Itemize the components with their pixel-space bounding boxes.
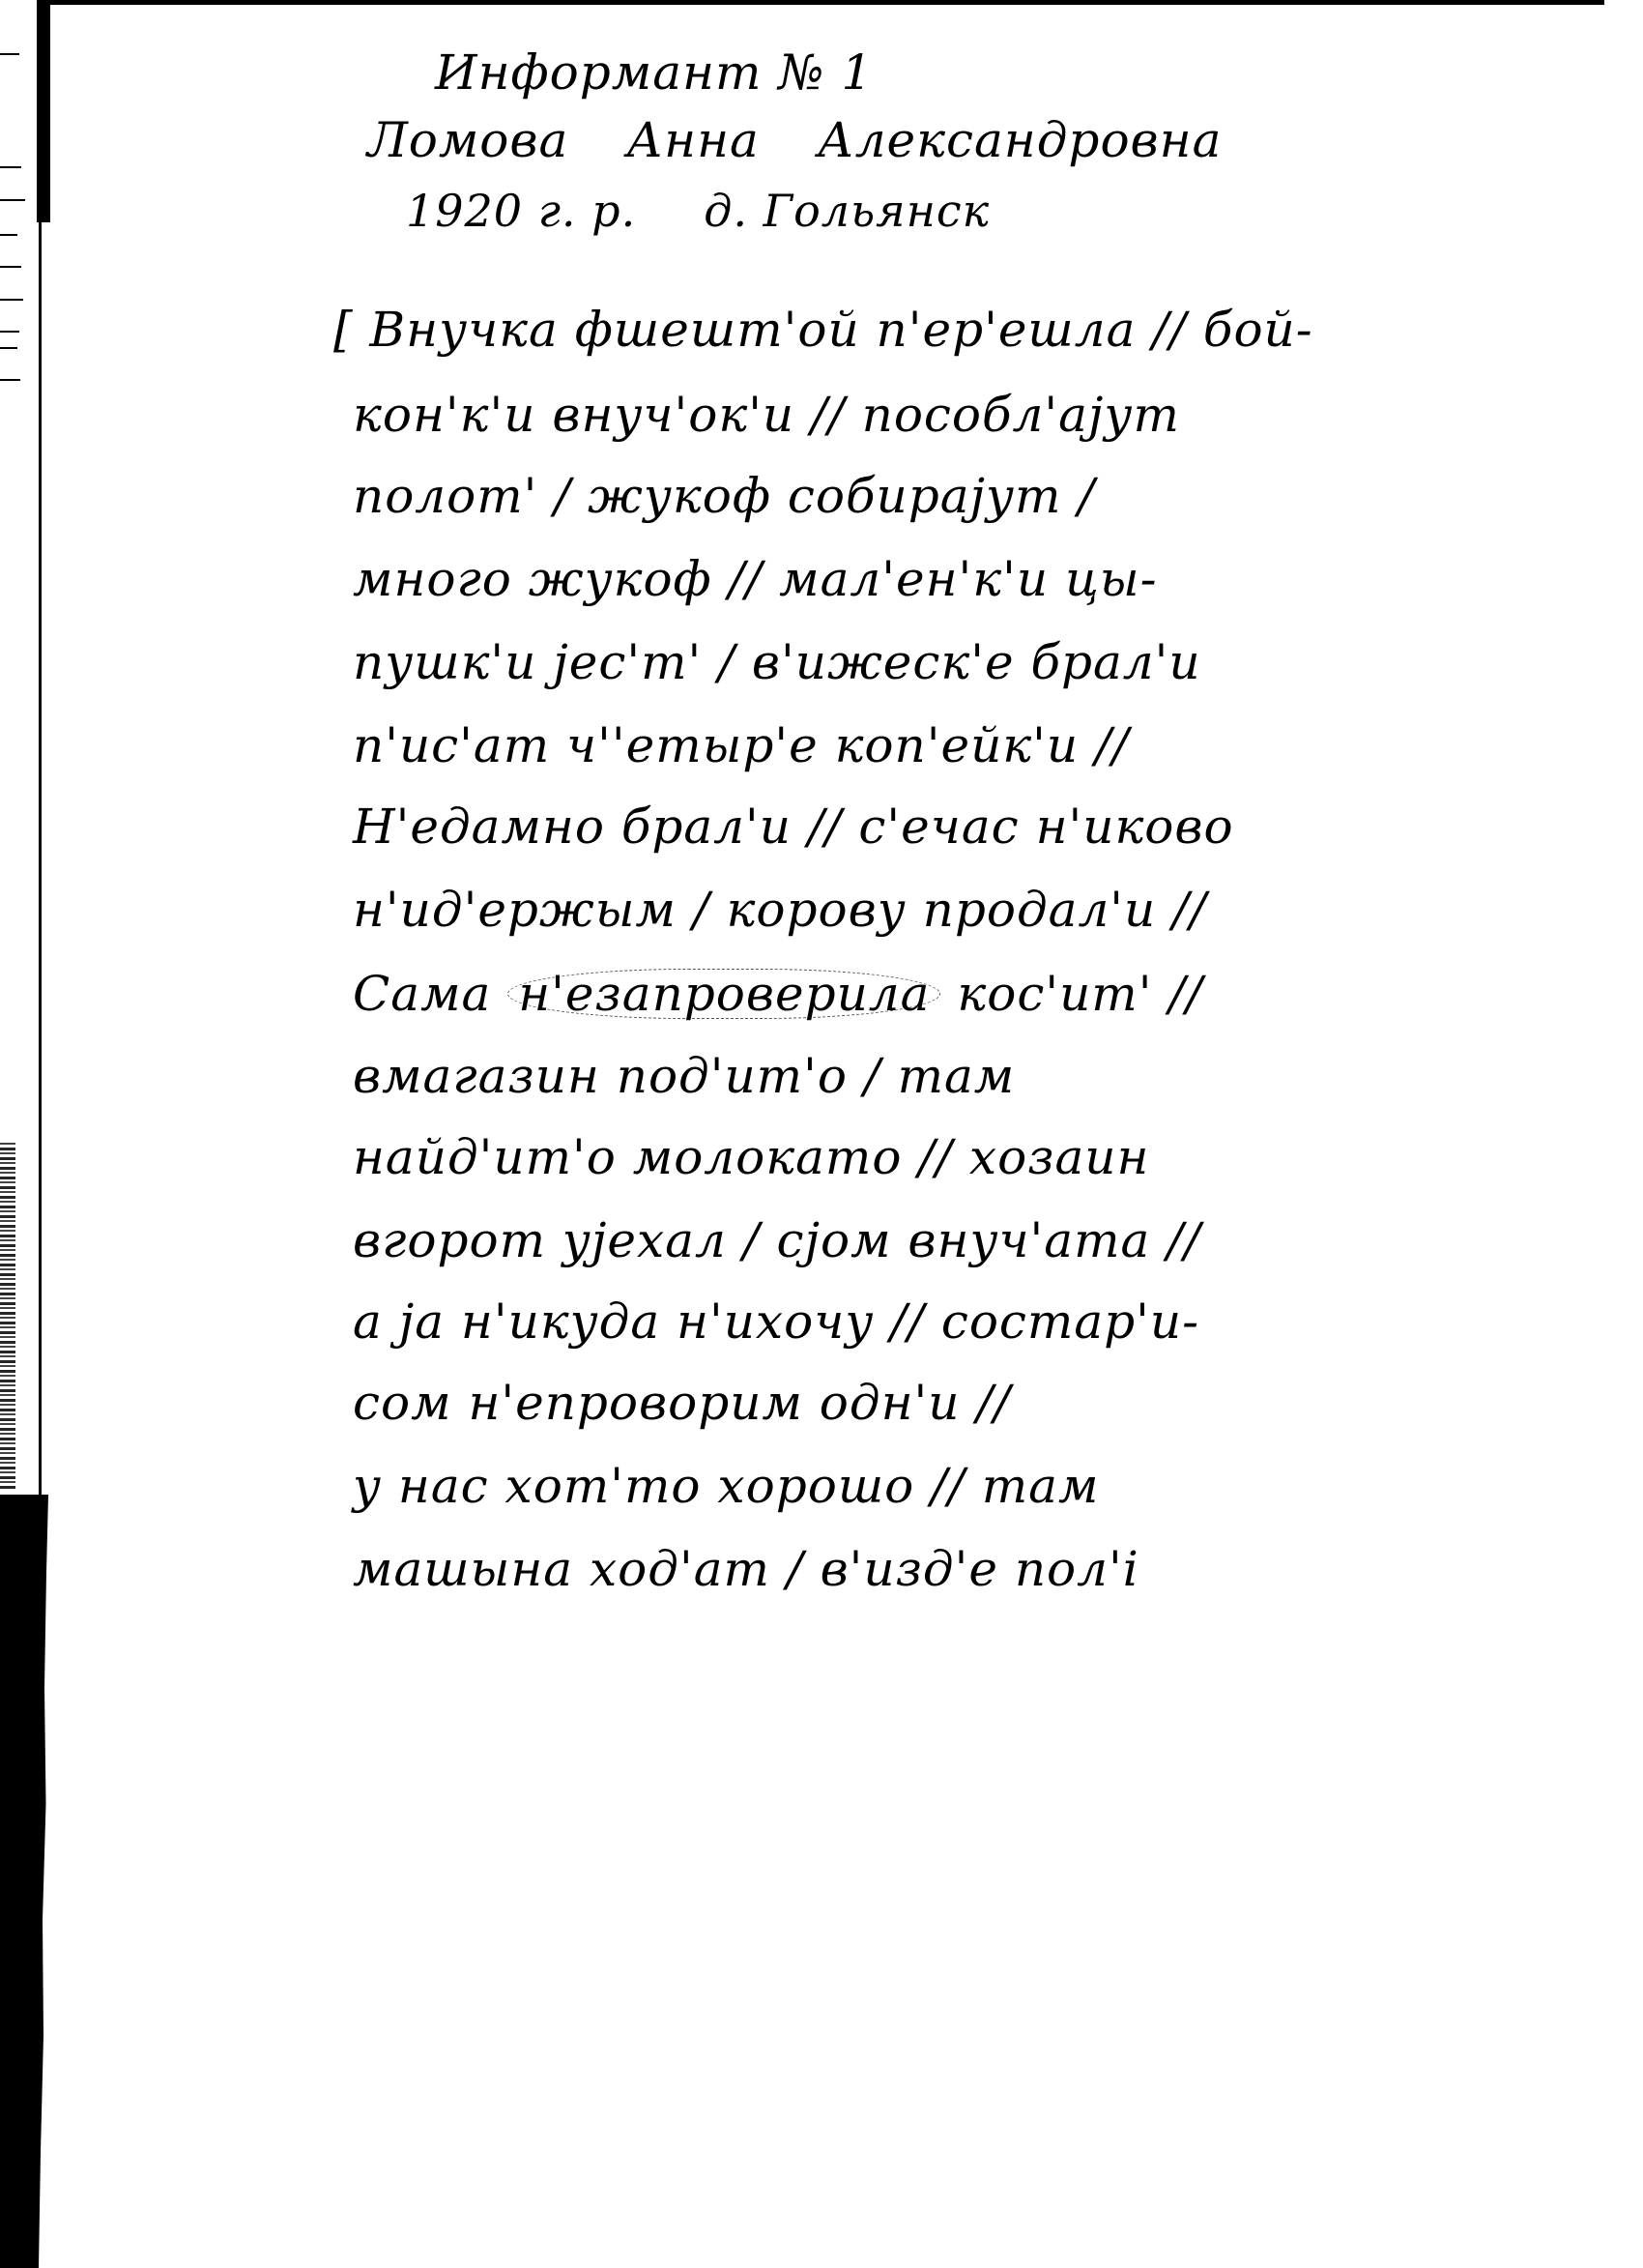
scan-artifact-tick <box>0 234 17 236</box>
birth-year: 1920 г. р. <box>406 185 636 237</box>
transcription-line: пушк'и јес'т' / в'ижеск'е брал'и <box>353 638 1201 686</box>
informant-full-name: ЛомоваАннаАлександровна <box>367 116 1222 164</box>
transcription-line: а jа н'икуда н'ихочу // состар'и- <box>353 1297 1199 1346</box>
informant-label: Информант № 1 <box>435 48 873 97</box>
informant-surname: Ломова <box>367 112 568 168</box>
transcription-line: [ Внучка фшешт'ой п'ер'ешла // бой- <box>333 305 1313 354</box>
scan-artifact-tick <box>0 266 21 268</box>
transcription-line: найд'ит'о молокато // хозаин <box>353 1133 1149 1181</box>
scan-artifact-tick <box>0 166 21 168</box>
scan-artifact-tick <box>0 347 17 349</box>
scan-artifact-tick <box>0 53 19 55</box>
transcription-line: вмагазин под'ит'о / там <box>353 1052 1015 1100</box>
transcription-line: н'ид'ержым / корову продал'и // <box>353 886 1207 934</box>
informant-details: 1920 г. р.д. Гольянск <box>406 189 990 233</box>
transcription-line: Сама н'езапроверила кос'ит' // <box>353 969 1203 1019</box>
scan-artifact-tick <box>0 299 23 301</box>
scan-artifact-tick <box>0 379 20 381</box>
transcription-line: Н'едамно брал'и // с'ечас н'иково <box>353 802 1234 851</box>
transcription-word: Сама <box>353 966 491 1022</box>
informant-patronymic: Александровна <box>818 112 1223 168</box>
scan-top-border <box>39 0 1604 5</box>
scan-edge-shadow <box>0 1141 15 1489</box>
scan-artifact-tick <box>0 199 25 201</box>
circled-word: н'езапроверила <box>507 969 940 1019</box>
scan-binding-line <box>39 0 42 1498</box>
transcription-line: полот' / жукоф собирајут / <box>353 472 1095 520</box>
scan-edge-shadow-bottom <box>0 1495 48 2268</box>
transcription-line: много жукоф // мал'ен'к'и цы- <box>353 555 1158 603</box>
transcription-word: кос'ит' // <box>957 966 1203 1022</box>
transcription-line: сом н'епроворим одн'и // <box>353 1379 1011 1427</box>
transcription-line: кон'к'и внуч'ок'и // пособл'ајут <box>353 391 1180 439</box>
transcription-line: у нас хот'то хорошо // там <box>353 1462 1099 1510</box>
transcription-line: вгорот уjехал / сjом внуч'ата // <box>353 1216 1201 1265</box>
transcription-line: п'ис'ат ч''етыр'е коп'ейк'и // <box>353 721 1130 770</box>
informant-given-name: Анна <box>626 112 760 168</box>
transcription-line: машына ход'ат / в'изд'е пол'і <box>353 1545 1139 1593</box>
scan-artifact-tick <box>0 331 19 333</box>
village: д. Гольянск <box>704 185 990 237</box>
